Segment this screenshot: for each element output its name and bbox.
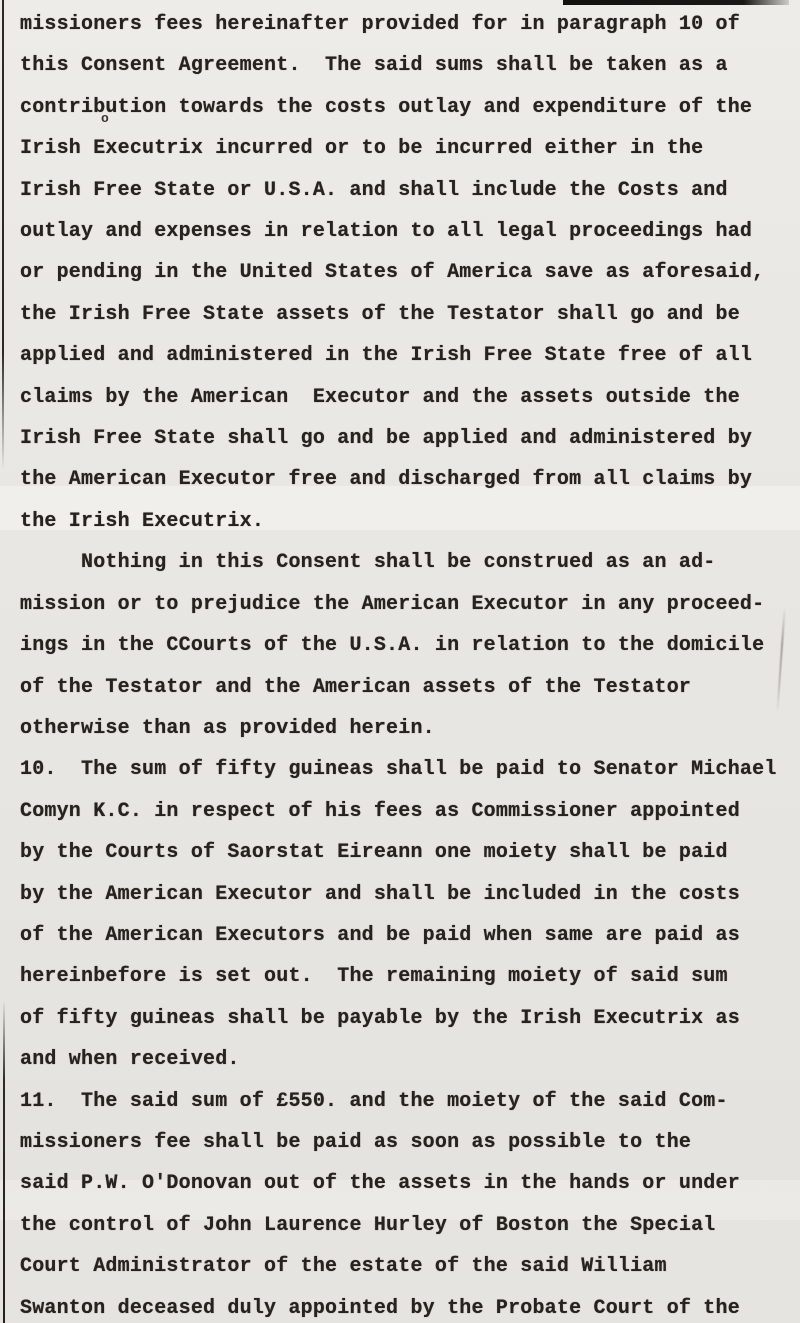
text-line: the American Executor free and discharge… xyxy=(20,459,777,500)
text-line: Irish Executrix incurred or to be incurr… xyxy=(20,128,777,169)
text-line: otherwise than as provided herein. xyxy=(20,708,777,749)
text-line: 11. The said sum of £550. and the moiety… xyxy=(20,1081,777,1122)
text-line: claims by the American Executor and the … xyxy=(20,377,777,418)
text-line: said P.W. O'Donovan out of the assets in… xyxy=(20,1163,777,1204)
text-line: missioners fee shall be paid as soon as … xyxy=(20,1122,777,1163)
text-line: outlay and expenses in relation to all l… xyxy=(20,211,777,252)
text-line: mission or to prejudice the American Exe… xyxy=(20,584,777,625)
text-line: Irish Free State shall go and be applied… xyxy=(20,418,777,459)
text-line: hereinbefore is set out. The remaining m… xyxy=(20,956,777,997)
text-line: the control of John Laurence Hurley of B… xyxy=(20,1205,777,1246)
text-line: Court Administrator of the estate of the… xyxy=(20,1246,777,1287)
text-line: missioners fees hereinafter provided for… xyxy=(20,4,777,45)
document-text: missioners fees hereinafter provided for… xyxy=(20,0,777,1323)
text-line: applied and administered in the Irish Fr… xyxy=(20,335,777,376)
text-line: contribution towards the costs outlay an… xyxy=(20,87,777,128)
text-line: Comyn K.C. in respect of his fees as Com… xyxy=(20,791,777,832)
text-line: by the American Executor and shall be in… xyxy=(20,874,777,915)
text-line: Nothing in this Consent shall be constru… xyxy=(20,542,777,583)
text-line: 10. The sum of fifty guineas shall be pa… xyxy=(20,749,777,790)
text-line: Irish Free State or U.S.A. and shall inc… xyxy=(20,170,777,211)
pencil-mark xyxy=(776,606,786,714)
text-line: and when received. xyxy=(20,1039,777,1080)
text-line: by the Courts of Saorstat Eireann one mo… xyxy=(20,832,777,873)
scan-edge-line-bottom xyxy=(3,1000,5,1323)
text-line: the Irish Executrix. xyxy=(20,501,777,542)
text-line: the Irish Free State assets of the Testa… xyxy=(20,294,777,335)
text-line: of fifty guineas shall be payable by the… xyxy=(20,998,777,1039)
text-line: this Consent Agreement. The said sums sh… xyxy=(20,45,777,86)
scan-edge-line-top xyxy=(2,0,4,470)
text-line: or pending in the United States of Ameri… xyxy=(20,252,777,293)
scanned-document-page: o missioners fees hereinafter provided f… xyxy=(0,0,800,1323)
text-line: ings in the CCourts of the U.S.A. in rel… xyxy=(20,625,777,666)
text-line: of the American Executors and be paid wh… xyxy=(20,915,777,956)
text-line: of the Testator and the American assets … xyxy=(20,667,777,708)
text-line: Swanton deceased duly appointed by the P… xyxy=(20,1288,777,1323)
